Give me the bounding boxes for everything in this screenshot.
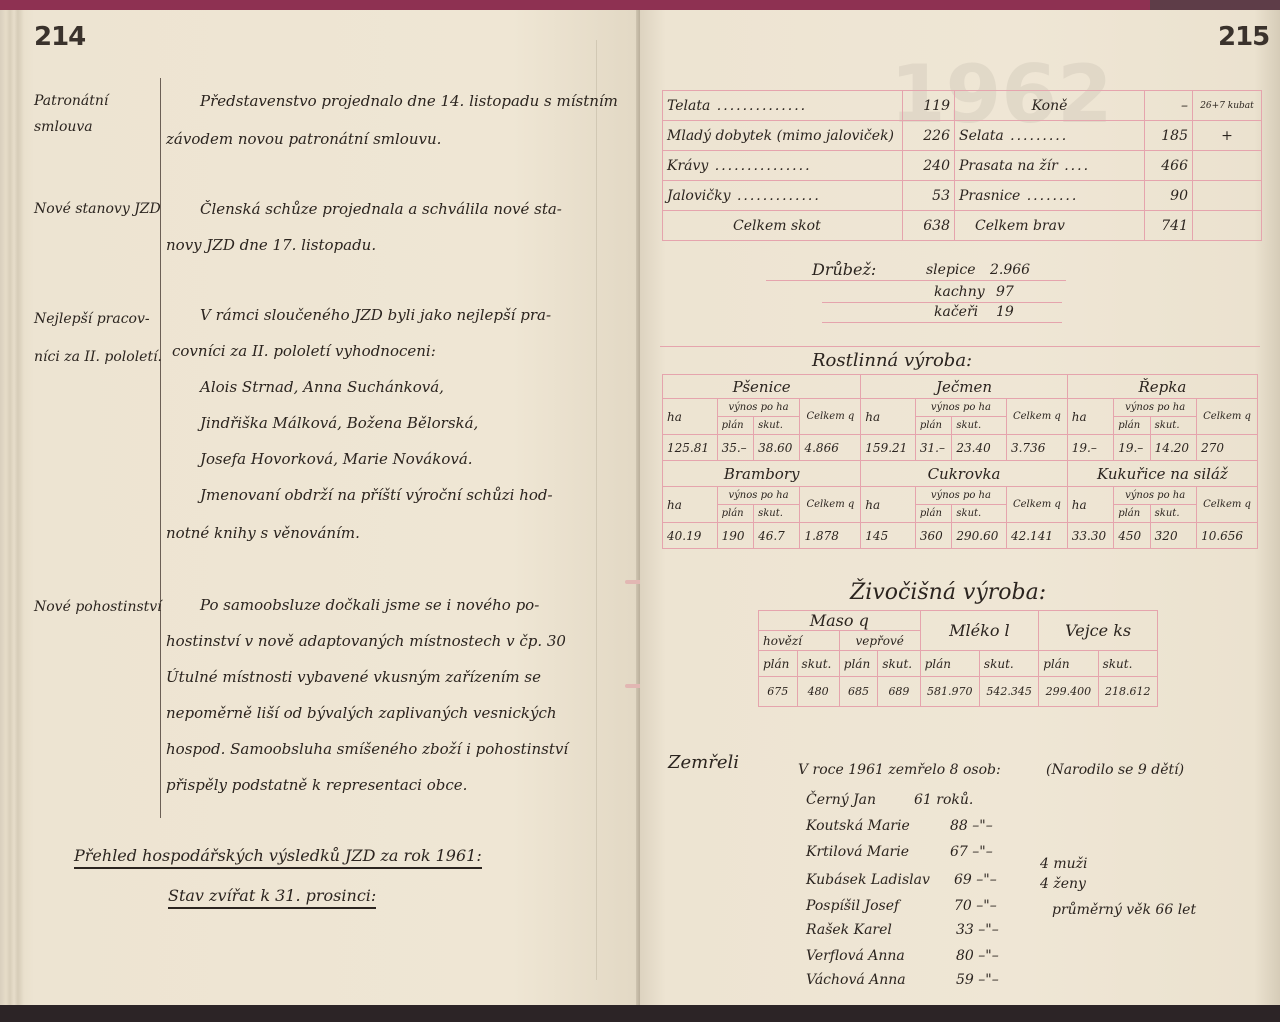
deceased-name: Pospíšil Josef (806, 898, 899, 914)
entry-line: Alois Strnad, Anna Suchánková, (200, 378, 444, 396)
entry-line: Členská schůze projednala a schválila no… (200, 200, 562, 218)
deceased-name: Krtilová Marie (806, 844, 909, 860)
margin-label-nejlepsi-2: níci za II. pololetí. (34, 344, 162, 370)
poultry-label: Drůbež: (812, 260, 876, 279)
table-row: Mladý dobytek (mimo jaloviček) 226 Selat… (663, 121, 1262, 151)
deaths-intro: V roce 1961 zemřelo 8 osob: (798, 762, 1001, 778)
margin-label-stanovy: Nové stanovy JZD (34, 196, 162, 222)
poultry-item-name: kachny (934, 284, 985, 300)
rule-line (822, 302, 1062, 303)
table-row: Celkem skot 638 Celkem brav 741 (663, 211, 1262, 241)
deceased-age: 33 –"– (956, 922, 999, 938)
deceased-name: Kubásek Ladislav (806, 872, 930, 888)
entry-line: Jindřiška Málková, Božena Bělorská, (200, 414, 478, 432)
entry-line: hospod. Samoobsluha smíšeného zboží i po… (166, 740, 568, 758)
poultry-item-value: 19 (996, 304, 1014, 320)
margin-label-pohostinstvi: Nové pohostinství (34, 594, 162, 620)
deceased-age: 61 roků. (914, 792, 973, 808)
page-number-left: 214 (34, 22, 85, 52)
poultry-item-name: slepice (926, 262, 976, 278)
crop-table: Pšenice Ječmen Řepka ha výnos po ha Celk… (662, 374, 1258, 549)
table-row: Pšenice Ječmen Řepka (663, 375, 1258, 399)
table-row: Brambory Cukrovka Kukuřice na siláž (663, 461, 1258, 487)
table-row: plánskut. plánskut. plánskut. plánskut. (759, 651, 1158, 677)
deceased-age: 67 –"– (950, 844, 993, 860)
page-number-right: 215 (1218, 22, 1269, 52)
poultry-item-value: 2.966 (990, 262, 1030, 278)
deaths-label: Zemřeli (668, 752, 739, 773)
summary-men: 4 muži (1040, 856, 1088, 872)
deceased-name: Verflová Anna (806, 948, 905, 964)
entry-line: Jmenovaní obdrží na příští výroční schůz… (200, 486, 553, 504)
entry-line: Josefa Hovorková, Marie Nováková. (200, 450, 473, 468)
entry-line: závodem novou patronátní smlouvu. (166, 130, 441, 148)
deceased-age: 70 –"– (954, 898, 997, 914)
table-row: plánskut. plánskut. plánskut. (663, 505, 1258, 523)
table-row: Krávy ............... 240 Prasata na žír… (663, 151, 1262, 181)
summary-average-age: průměrný věk 66 let (1052, 902, 1196, 918)
entry-line: hostinství v nově adaptovaných místnoste… (166, 632, 566, 650)
entry-line: covníci za II. pololetí vyhodnoceni: (172, 342, 436, 360)
animal-table: Maso q Mléko l Vejce ks hovězí vepřové p… (758, 610, 1158, 707)
entry-line: přispěly podstatně k representaci obce. (166, 776, 467, 794)
animal-section-title: Živočišná výroba: (850, 580, 1046, 605)
margin-rule (160, 78, 161, 818)
table-row: Jalovičky ............. 53 Prasnice ....… (663, 181, 1262, 211)
table-row: Maso q Mléko l Vejce ks (759, 611, 1158, 631)
deceased-age: 88 –"– (950, 818, 993, 834)
births-note: (Narodilo se 9 dětí) (1046, 762, 1184, 778)
table-row: 125.8135.–38.604.866 159.2131.–23.403.73… (663, 435, 1258, 461)
table-row: Telata .............. 119 Koně – 26+7 ku… (663, 91, 1262, 121)
entry-line: novy JZD dne 17. listopadu. (166, 236, 376, 254)
table-row: plánskut. plánskut. plánskut. (663, 417, 1258, 435)
livestock-table: Telata .............. 119 Koně – 26+7 ku… (662, 90, 1262, 241)
rule-line (660, 346, 1260, 347)
entry-line: Útulné místnosti vybavené vkusným zaříze… (166, 668, 541, 686)
deceased-age: 69 –"– (954, 872, 997, 888)
entry-line: V rámci sloučeného JZD byli jako nejlepš… (200, 306, 551, 324)
entry-line: Po samoobsluze dočkali jsme se i nového … (200, 596, 539, 614)
entry-line: notné knihy s věnováním. (166, 524, 360, 542)
deceased-name: Rašek Karel (806, 922, 892, 938)
entry-line: nepoměrně liší od bývalých zaplivaných v… (166, 704, 557, 722)
deceased-name: Černý Jan (806, 792, 876, 808)
table-row: 675 480 685 689 581.970 542.345 299.400 … (759, 677, 1158, 707)
crop-section-title: Rostlinná výroba: (812, 350, 972, 371)
table-row: 40.1919046.71.878 145360290.6042.141 33.… (663, 523, 1258, 549)
deceased-age: 80 –"– (956, 948, 999, 964)
entry-line: Představenstvo projednalo dne 14. listop… (200, 92, 618, 110)
poultry-item-value: 97 (996, 284, 1014, 300)
rule-line (822, 322, 1062, 323)
deceased-name: Váchová Anna (806, 972, 906, 988)
deceased-age: 59 –"– (956, 972, 999, 988)
table-row: ha výnos po ha Celkem q ha výnos po ha C… (663, 399, 1258, 417)
overview-subtitle: Stav zvířat k 31. prosinci: (168, 886, 376, 905)
table-row: ha výnos po ha Celkem q ha výnos po ha C… (663, 487, 1258, 505)
margin-label-nejlepsi-1: Nejlepší pracov- (34, 306, 162, 332)
rule-line (766, 280, 1066, 281)
poultry-item-name: kačeři (934, 304, 978, 320)
right-margin-rule (596, 40, 597, 980)
margin-label-patronatni: Patronátní smlouva (34, 88, 162, 140)
deceased-name: Koutská Marie (806, 818, 910, 834)
overview-title: Přehled hospodářských výsledků JZD za ro… (74, 846, 482, 865)
summary-women: 4 ženy (1040, 876, 1086, 892)
